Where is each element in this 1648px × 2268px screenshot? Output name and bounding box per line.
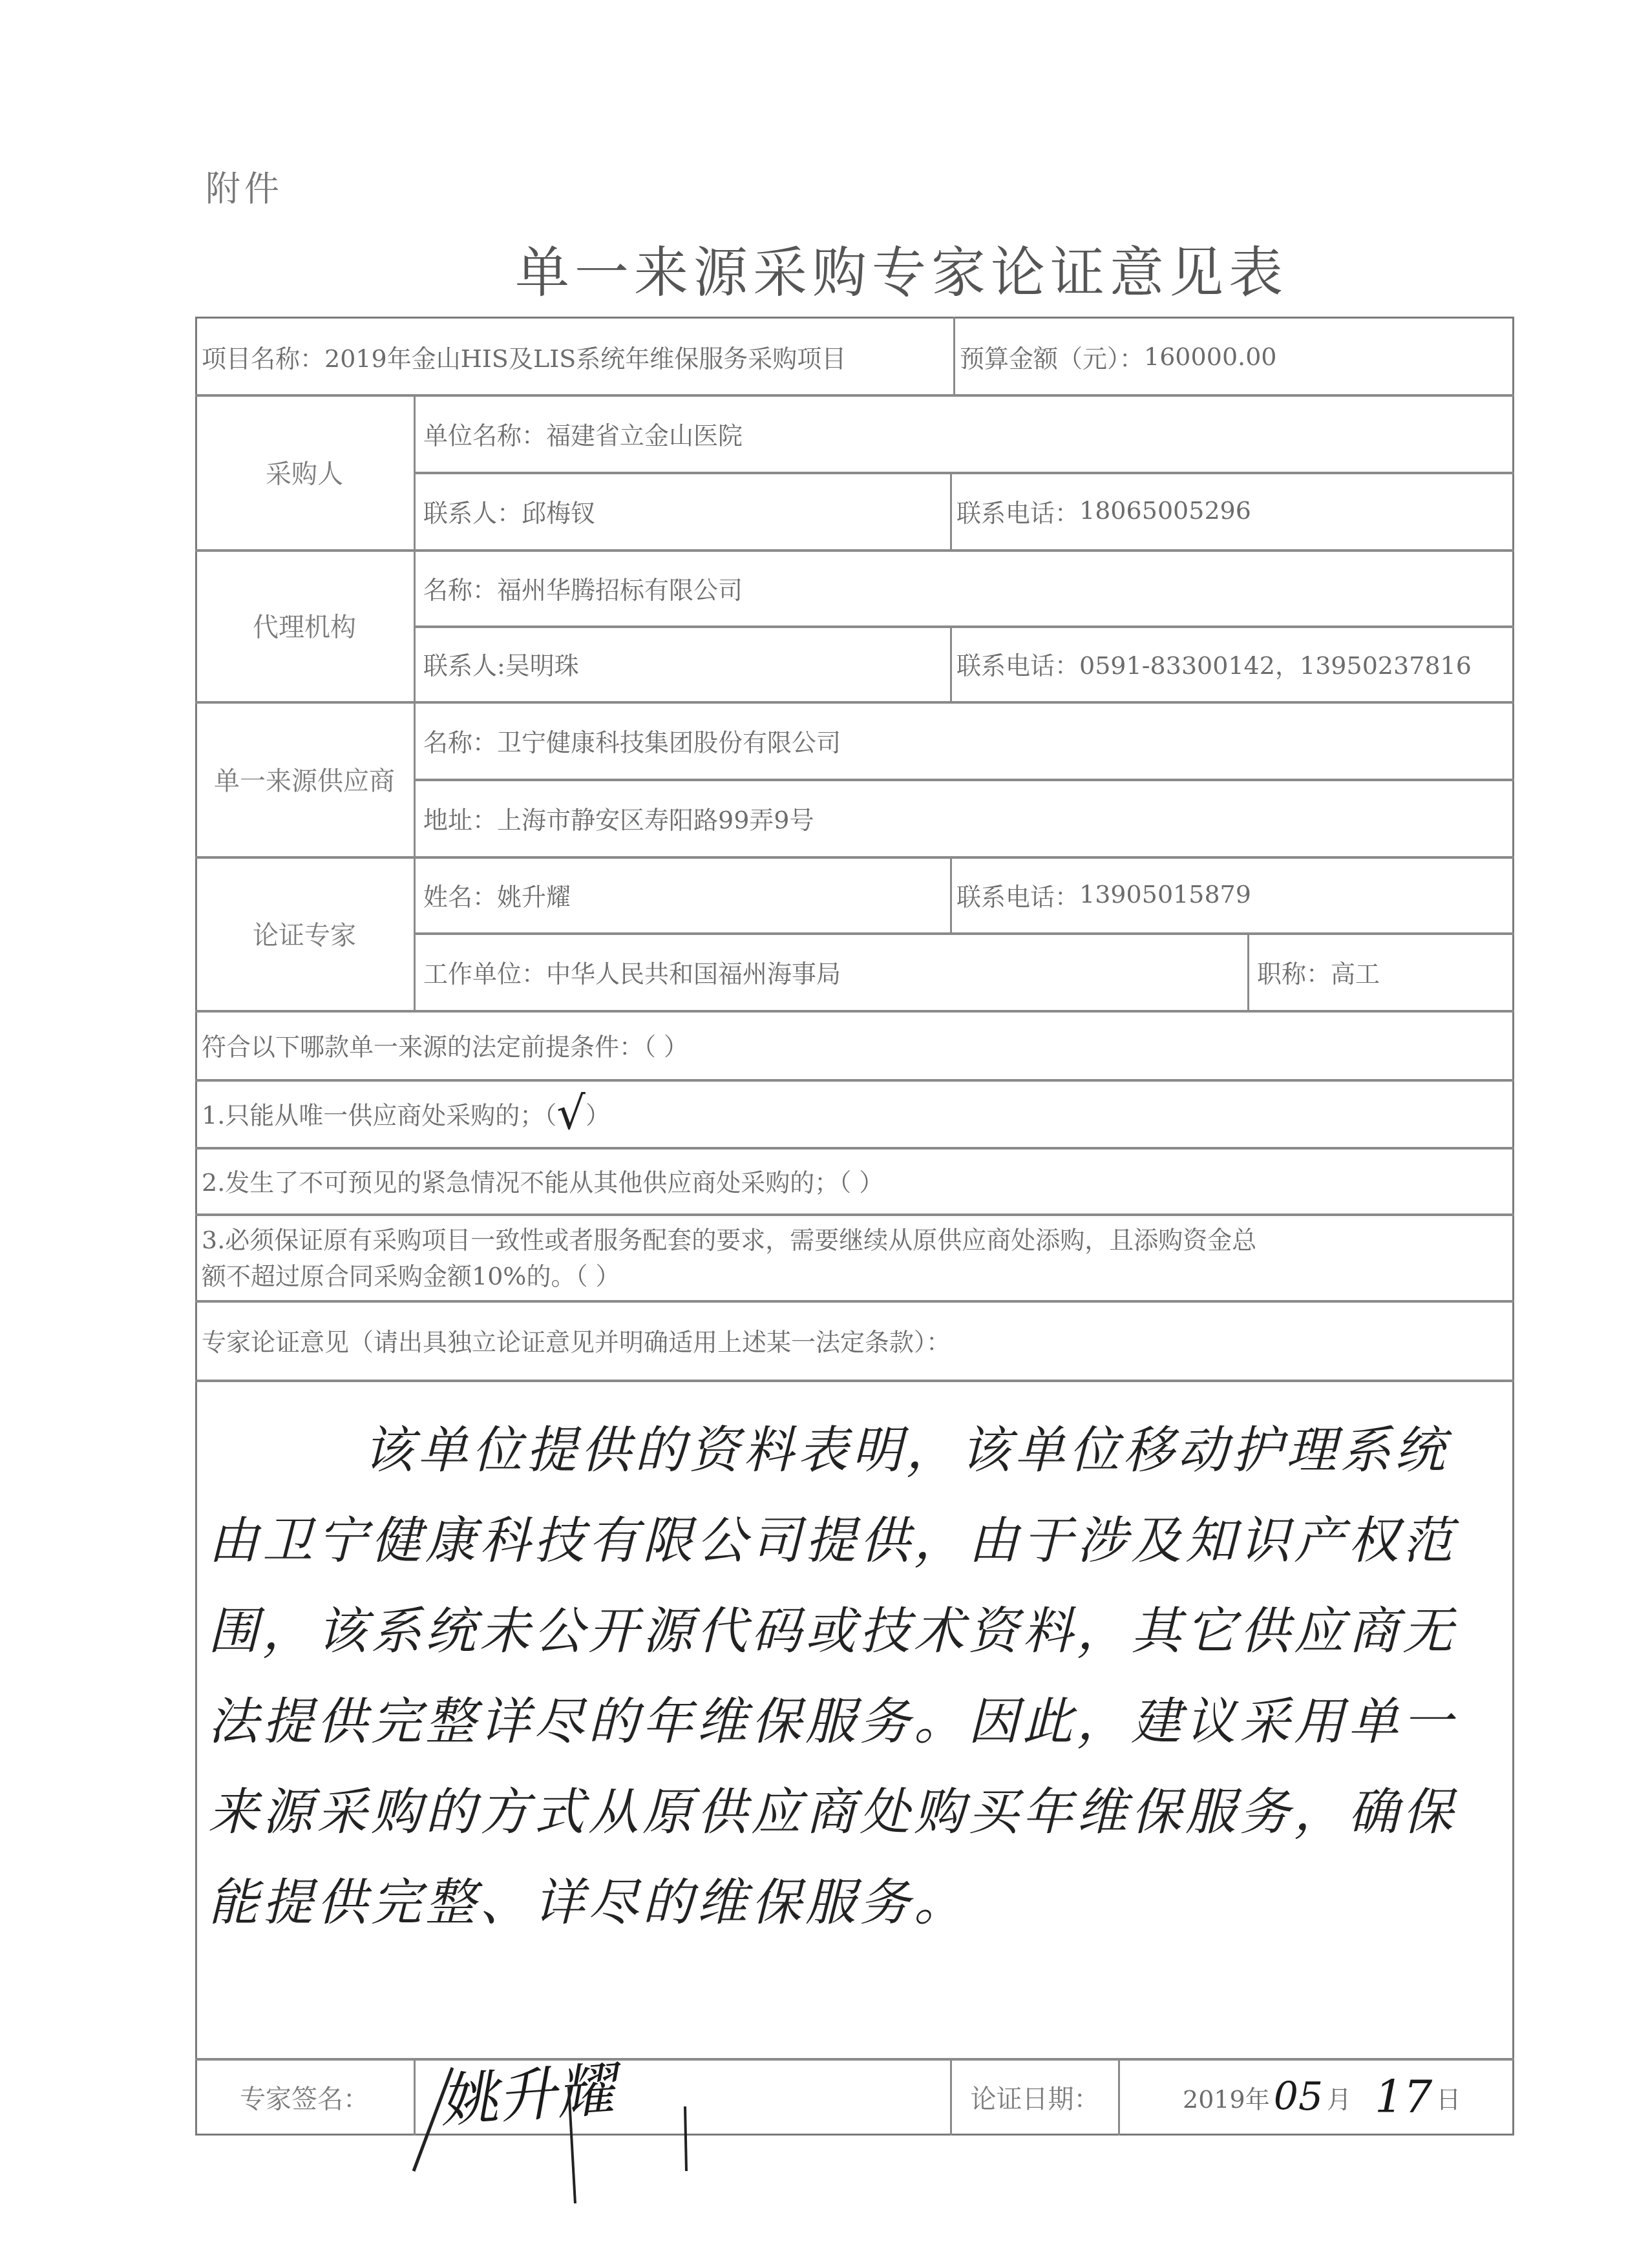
expert-phone-value: 13905015879 xyxy=(1079,880,1251,908)
expert-phone-label: 联系电话： xyxy=(956,877,1079,912)
condition-3-line1: 3.必须保证原有采购项目一致性或者服务配套的要求，需要继续从原供应商处添购，且添… xyxy=(202,1222,1256,1258)
expert-section-label: 论证专家 xyxy=(195,856,414,1010)
expert-signature: 姚升耀 xyxy=(437,2042,617,2139)
purchaser-unit-label: 单位名称： xyxy=(423,415,546,451)
date-label: 论证日期： xyxy=(952,2058,1118,2136)
supplier-address-label: 地址： xyxy=(423,800,497,835)
divider xyxy=(950,625,952,701)
purchaser-contact-value: 邱梅钗 xyxy=(522,493,595,529)
divider xyxy=(1247,932,1249,1010)
date-day: 17 xyxy=(1375,2070,1432,2123)
purchaser-phone-label: 联系电话： xyxy=(956,493,1079,529)
agency-section-label: 代理机构 xyxy=(195,549,414,701)
agency-contact-label: 联系人: xyxy=(423,646,505,681)
purchaser-phone-value: 18065005296 xyxy=(1079,496,1251,525)
agency-phone-label: 联系电话： xyxy=(956,646,1079,681)
opinion-handwritten-text: 该单位提供的资料表明，该单位移动护理系统由卫宁健康科技有限公司提供，由于涉及知识… xyxy=(208,1405,1501,1948)
opinion-header: 专家论证意见（请出具独立论证意见并明确适用上述某一法定条款）： xyxy=(202,1300,951,1380)
divider xyxy=(950,472,952,549)
expert-name-value: 姚升耀 xyxy=(497,877,571,912)
project-name-label: 项目名称： xyxy=(202,339,324,374)
supplier-address-field: 地址： 上海市静安区寿阳路99弄9号 xyxy=(423,779,814,856)
purchaser-unit-field: 单位名称： 福建省立金山医院 xyxy=(423,394,743,472)
agency-name-label: 名称： xyxy=(423,570,497,605)
date-month: 05 xyxy=(1274,2074,1323,2119)
divider xyxy=(950,856,952,932)
expert-name-label: 姓名： xyxy=(423,877,497,912)
agency-contact-field: 联系人: 吴明珠 xyxy=(423,625,579,701)
date-month-suffix: 月 xyxy=(1327,2079,1351,2115)
divider xyxy=(414,394,416,1010)
divider xyxy=(195,1380,1514,1382)
date-year: 2019年 xyxy=(1183,2079,1270,2115)
attachment-label: 附件 xyxy=(206,162,283,211)
condition-2[interactable]: 2.发生了不可预见的紧急情况不能从其他供应商处采购的；（ ） xyxy=(202,1147,883,1213)
budget-value: 160000.00 xyxy=(1144,342,1277,371)
conditions-prompt: 符合以下哪款单一来源的法定前提条件：（ ） xyxy=(202,1010,688,1079)
budget-label: 预算金额（元）： xyxy=(960,339,1144,374)
supplier-name-value: 卫宁健康科技集团股份有限公司 xyxy=(497,722,841,758)
date-day-suffix: 日 xyxy=(1436,2079,1461,2115)
purchaser-phone-field: 联系电话： 18065005296 xyxy=(956,472,1251,549)
agency-name-value: 福州华腾招标有限公司 xyxy=(497,570,743,605)
page-title: 单一来源采购专家论证意见表 xyxy=(0,229,1648,308)
expert-phone-field: 联系电话： 13905015879 xyxy=(956,856,1251,932)
condition-3-line2: 额不超过原合同采购金额10%的。（ ） xyxy=(202,1258,620,1294)
expert-title-label: 职称： xyxy=(1257,954,1331,989)
purchaser-unit-value: 福建省立金山医院 xyxy=(546,415,743,451)
condition-1-close: ） xyxy=(586,1095,610,1131)
divider xyxy=(414,2058,416,2136)
budget-field: 预算金额（元）： 160000.00 xyxy=(960,319,1277,394)
expert-employer-label: 工作单位： xyxy=(423,954,546,989)
condition-3[interactable]: 3.必须保证原有采购项目一致性或者服务配套的要求，需要继续从原供应商处添购，且添… xyxy=(202,1216,1256,1300)
agency-name-field: 名称： 福州华腾招标有限公司 xyxy=(423,549,743,625)
condition-1-text: 1.只能从唯一供应商处采购的；（ xyxy=(202,1095,556,1131)
condition-1[interactable]: 1.只能从唯一供应商处采购的；（ √ ） xyxy=(202,1079,610,1147)
supplier-name-label: 名称： xyxy=(423,722,497,758)
divider xyxy=(953,317,955,394)
expert-employer-field: 工作单位： 中华人民共和国福州海事局 xyxy=(423,932,841,1010)
agency-phone-value: 0591-83300142，13950237816 xyxy=(1079,646,1472,681)
expert-title-field: 职称： 高工 xyxy=(1257,932,1380,1010)
supplier-address-value: 上海市静安区寿阳路99弄9号 xyxy=(497,800,814,835)
purchaser-contact-label: 联系人： xyxy=(423,493,522,529)
project-name-field: 项目名称： 2019年金山HIS及LIS系统年维保服务采购项目 xyxy=(202,319,846,394)
purchaser-section-label: 采购人 xyxy=(195,394,414,549)
supplier-section-label: 单一来源供应商 xyxy=(195,701,414,856)
supplier-name-field: 名称： 卫宁健康科技集团股份有限公司 xyxy=(423,701,841,779)
agency-contact-value: 吴明珠 xyxy=(505,646,579,681)
expert-title-value: 高工 xyxy=(1331,954,1380,989)
expert-name-field: 姓名： 姚升耀 xyxy=(423,856,571,932)
signature-label: 专家签名： xyxy=(195,2058,414,2136)
expert-employer-value: 中华人民共和国福州海事局 xyxy=(546,954,841,989)
date-field: 2019年 05 月 17 日 xyxy=(1183,2058,1461,2136)
agency-phone-field: 联系电话： 0591-83300142，13950237816 xyxy=(956,625,1472,701)
checkmark-icon: √ xyxy=(556,1087,586,1140)
divider xyxy=(1118,2058,1120,2136)
purchaser-contact-field: 联系人： 邱梅钗 xyxy=(423,472,595,549)
signature-stroke-icon xyxy=(0,0,1,1)
project-name-value: 2019年金山HIS及LIS系统年维保服务采购项目 xyxy=(324,339,846,374)
